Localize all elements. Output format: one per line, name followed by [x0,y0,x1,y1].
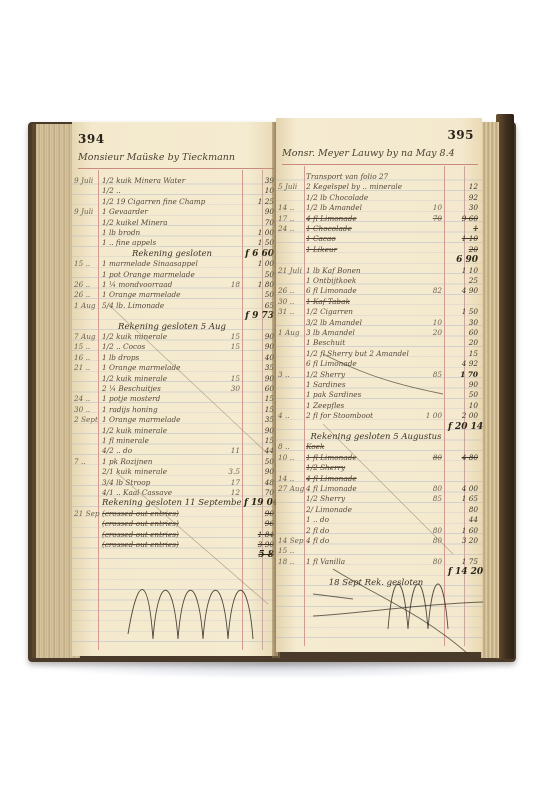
entry-amount: 1 84 [244,530,274,539]
entry-description: 1 Orange marmelade [102,415,242,424]
entry-amount: 80 [448,505,478,514]
ledger-row: 5 Juli2 Kegelspel by .. minerale12 [276,182,482,192]
entry-description: 1 Kaf Tabak [306,297,446,306]
entry-date: 24 .. [278,224,304,233]
entry-amount: 30 [448,318,478,327]
entry-description: Rekening gesloten 5 Augustus [306,432,446,442]
entry-description: 1 Ontbijtkoek [306,276,446,285]
ledger-row: 27 Aug4 fl Limonade804 00 [276,484,482,494]
ledger-row: 26 ..1 Orange marmelade50 [72,290,278,300]
entry-date: 4 .. [278,411,304,420]
entry-description: 1 pot Orange marmelade [102,270,242,279]
entry-date: 14 .. [278,474,304,483]
entry-amount: f 20 14 [448,422,478,432]
entry-amount: 1 [448,224,478,233]
entry-unit-price: 80 [422,484,442,493]
entry-description: 1 lb Kaf Bonen [306,266,446,275]
entry-amount: 4 80 [448,453,478,462]
total-row: 5 8 [72,550,278,560]
entry-description: 1/2 fl Sherry but 2 Amandel [306,349,446,358]
entry-unit-price: 15 [220,374,240,383]
ledger-row: 1/2 fl Sherry but 2 Amandel15 [276,349,482,359]
entry-date: 17 .. [278,214,304,223]
entry-description: (crossed-out entries) [102,540,242,549]
ledger-row: 4 ..2 fl for Stoomboot1 002 00 [276,411,482,421]
entry-description: 1 Zeepfles [306,401,446,410]
ledger-row: Transport van folio 27 [276,172,482,182]
settlement-line: Rekening gesloten 5 Augustus [276,432,482,442]
entry-description: Rekening gesloten [102,249,242,259]
settlement-line: Rekening gesloten 5 Aug [72,322,278,332]
entry-amount: 1 50 [448,307,478,316]
entry-amount: 3 90 [244,540,274,549]
entry-amount: 96 [244,519,274,528]
entry-description: 1/2 Cigarren [306,307,446,316]
entry-description: Transport van folio 27 [306,172,446,181]
entry-amount: 15 [244,405,274,414]
ledger-row: 14 ..4 fl Limonade [276,474,482,484]
ledger-row: 1 Beschuit20 [276,338,482,348]
entry-amount: 20 [448,245,478,254]
entry-amount: 35 [244,363,274,372]
entry-date: 30 .. [74,405,100,414]
entry-date: 27 Aug [278,484,304,493]
entry-amount: 4 00 [448,484,478,493]
ledger-row: 1/2 lb Chocolade92 [276,193,482,203]
ledger-row: 9 Juli1/2 kuik Minera Water39 [72,176,278,186]
entry-description: 1 lb brodn [102,228,242,237]
left-page: 394 Monsieur Maüske by Tieckmann 9 Juli1… [72,122,278,656]
page-stack-right [481,122,499,658]
entry-description: 1/2 .. [102,186,242,195]
entry-date: 1 Aug [74,301,100,310]
entry-unit-price: 85 [422,370,442,379]
entry-amount: f 9 73 [244,311,274,321]
entry-amount: 1 50 [244,238,274,247]
ledger-row: 31 ..1/2 Cigarren1 50 [276,307,482,317]
entry-description: 1 potje mosterd [102,394,242,403]
entry-amount: 1 25 [244,197,274,206]
ledger-row: 2/ Limonade80 [276,505,482,515]
ledger-row: 2 fl do801 60 [276,526,482,536]
entry-unit-price: 10 [422,203,442,212]
ledger-row: 21 Juli1 lb Kaf Bonen1 10 [276,266,482,276]
entry-date: 21 .. [74,363,100,372]
right-page: 395 Monsr. Meyer Lauwy by na May 8.4 Tra… [276,118,482,652]
entry-amount: 50 [244,290,274,299]
entry-description: (crossed-out entries) [102,519,242,528]
ledger-row: 1 .. do44 [276,515,482,525]
entry-description: 2/ Limonade [306,505,446,514]
entry-amount: 1 60 [448,526,478,535]
entry-amount: 1 10 [448,266,478,275]
entry-description: 1 Orange marmelade [102,290,242,299]
entry-description: 6 fl Limonade [306,359,446,368]
entry-date: 21 Sept [74,509,100,518]
ledger-row: 30 ..1 Kaf Tabak [276,297,482,307]
ledger-row: (crossed-out entries)1 84 [72,530,278,540]
ledger-row: 1/2 ..10 [72,186,278,196]
entry-amount: 1 10 [448,234,478,243]
ledger-row: 1 Aug3 lb Amandel2060 [276,328,482,338]
entry-date: 26 .. [278,286,304,295]
entry-unit-price: 10 [422,318,442,327]
entry-amount: 30 [448,203,478,212]
entry-amount: 4 90 [448,286,478,295]
settlement-line: Rekening geslotenf 6 60 [72,249,278,259]
entry-unit-price: 80 [422,557,442,566]
ledger-row: 15 .. [276,546,482,556]
entry-description: (crossed-out entries) [102,530,242,539]
ledger-row: (crossed-out entries)3 90 [72,540,278,550]
entry-description: 1/2 kuik minerale [102,426,242,435]
ledger-row: 1 Aug5/4 lb. Limonade65 [72,301,278,311]
entry-description: 1 pak Sardines [306,390,446,399]
ledger-row: 1 .. fine appels1 50 [72,238,278,248]
entry-amount: 3 20 [448,536,478,545]
total-row: f 20 14 [276,422,482,432]
entry-amount: 6 90 [448,255,478,265]
entry-amount: 2 00 [448,411,478,420]
entry-date: 5 Juli [278,182,304,191]
ledger-row: 2/1 kuik minerale3.590 [72,467,278,477]
ledger-row: 15 ..1 marmelade Sinaasappel1 00 [72,259,278,269]
ledger-row: 1/2 Sherry [276,463,482,473]
entry-date: 24 .. [74,394,100,403]
entry-unit-price: 15 [220,342,240,351]
entry-amount: 65 [244,301,274,310]
entry-description: 1/2 19 Cigarren fine Champ [102,197,242,206]
entry-amount: 90 [244,342,274,351]
entry-unit-price: 3.5 [220,467,240,476]
entry-date: 14 Sept [278,536,304,545]
entry-amount: 48 [244,478,274,487]
entry-amount: 70 [244,488,274,497]
entry-unit-price: 18 [220,280,240,289]
settlement-line: 18 Sept Rek. gesloten [276,578,482,588]
page-number: 394 [78,132,105,146]
entry-description: 1 Beschuit [306,338,446,347]
entry-description: 4 fl Limonade [306,474,446,483]
entry-description: 2 Kegelspel by .. minerale [306,182,446,191]
entry-description: 1 Sardines [306,380,446,389]
entry-unit-price: 17 [220,478,240,487]
entry-amount: 1 00 [244,259,274,268]
ledger-row: 3/2 lb Amandel1030 [276,318,482,328]
entry-date: 9 Juli [74,207,100,216]
entry-amount: 15 [448,349,478,358]
entry-amount: 90 [244,332,274,341]
entry-date: 2 Sept [74,415,100,424]
entry-description: Rekening gesloten 11 September [102,498,242,508]
entry-amount: f 19 04 [244,498,274,508]
entry-date: 7 .. [74,457,100,466]
ledger-row: 1/2 Sherry851 65 [276,494,482,504]
entry-description: 1/2 kuikel Minera [102,218,242,227]
entry-unit-price: 11 [220,446,240,455]
entry-amount: 50 [244,457,274,466]
ledger-row: 1/2 kuik minerale1590 [72,374,278,384]
ledger-row: 4/2 .. do1144 [72,446,278,456]
entry-date: 9 Juli [74,176,100,185]
ledger-row: 26 ..6 fl Limonade824 90 [276,286,482,296]
entry-amount: 20 [448,338,478,347]
entry-amount: 40 [244,353,274,362]
ledger-row: 24 ..1 Chocolade1 [276,224,482,234]
entry-date: 26 .. [74,280,100,289]
entry-amount: 15 [244,436,274,445]
entry-unit-price: 20 [422,328,442,337]
entry-amount: 35 [244,415,274,424]
ledger-row: 1 fl minerale15 [72,436,278,446]
entry-amount: 90 [244,207,274,216]
entry-description: 1/2 Sherry [306,463,446,472]
entry-amount: 1 65 [448,494,478,503]
ledger-row: 15 ..1/2 .. Cocos1590 [72,342,278,352]
entry-date: 31 .. [278,307,304,316]
ledger-row: 21 ..1 Orange marmelade35 [72,363,278,373]
ledger-row: 1 Zeepfles10 [276,401,482,411]
ledger-row: 1/2 kuikel Minera70 [72,218,278,228]
ledger-row: 14 Sept4 fl do803 20 [276,536,482,546]
entry-amount: 90 [244,467,274,476]
ledger-row: 7 ..1 pk Rozijnen50 [72,457,278,467]
entry-amount: 1 70 [448,370,478,379]
entry-unit-price: 1 00 [422,411,442,420]
entry-unit-price: 85 [422,494,442,503]
entry-description: 1/2 kuik Minera Water [102,176,242,185]
total-row: f 14 20 [276,567,482,577]
ledger-row: 24 ..1 potje mosterd15 [72,394,278,404]
entry-description: 1 marmelade Sinaasappel [102,259,242,268]
ledger-row: 3 ..1/2 Sherry851 70 [276,370,482,380]
entry-amount: 44 [244,446,274,455]
entry-description: 18 Sept Rek. gesloten [306,578,446,588]
entry-amount: 10 [448,401,478,410]
entry-amount: 44 [448,515,478,524]
ledger-row: 6 fl Limonade4 92 [276,359,482,369]
entry-date: 21 Juli [278,266,304,275]
entry-date: 18 .. [278,557,304,566]
entry-description: 1 .. do [306,515,446,524]
entry-description: 1 Orange marmelade [102,363,242,372]
total-row: 6 90 [276,255,482,265]
ledger-book: 394 Monsieur Maüske by Tieckmann 9 Juli1… [28,114,518,666]
ledger-row: 1 Sardines90 [276,380,482,390]
entry-unit-price: 15 [220,332,240,341]
entry-amount: 60 [244,384,274,393]
account-header: Monsr. Meyer Lauwy by na May 8.4 [282,148,478,165]
entry-description: Koek [306,442,446,451]
entry-description: 1/2 lb Chocolade [306,193,446,202]
entry-amount: 90 [244,509,274,518]
ledger-row: 1 Ontbijtkoek25 [276,276,482,286]
entry-amount: 5 8 [244,550,274,560]
entry-date: 15 .. [278,546,304,555]
entry-date: 15 .. [74,342,100,351]
entry-amount: f 6 60 [244,249,274,259]
entry-description: 1 .. fine appels [102,238,242,247]
ledger-row: 1 Likeur20 [276,245,482,255]
entry-amount: 39 [244,176,274,185]
entry-amount: 1 00 [244,228,274,237]
ledger-row: 30 ..1 radijs honing15 [72,405,278,415]
entry-date: 26 .. [74,290,100,299]
entry-date: 3 .. [278,370,304,379]
entry-amount: 90 [244,426,274,435]
entry-unit-price: 80 [422,526,442,535]
entry-description: 1 Cacao [306,234,446,243]
entry-unit-price: 82 [422,286,442,295]
entry-amount: 1 80 [244,280,274,289]
ledger-row: (crossed-out entries)96 [72,519,278,529]
ledger-row: 21 Sept(crossed-out entries)90 [72,509,278,519]
entry-date: 15 .. [74,259,100,268]
account-header: Monsieur Maüske by Tieckmann [78,152,274,169]
ledger-row: 7 Aug1/2 kuik minerale1590 [72,332,278,342]
ledger-row: 14 ..1/2 lb Amandel1030 [276,203,482,213]
ledger-row: 1/2 19 Cigarren fine Champ1 25 [72,197,278,207]
ledger-row: 16 ..1 lb drops40 [72,353,278,363]
entry-description: 1 lb drops [102,353,242,362]
entry-description: 1 radijs honing [102,405,242,414]
entry-amount: 92 [448,193,478,202]
ledger-row: 2 ¼ Beschuitjes3060 [72,384,278,394]
entry-description: 5/4 lb. Limonade [102,301,242,310]
entry-description: 1 Chocolade [306,224,446,233]
ledger-row: 9 Juli1 Gevaarder90 [72,207,278,217]
settlement-line: Rekening gesloten 11 Septemberf 19 04 [72,498,278,508]
entry-description: 1 Likeur [306,245,446,254]
entry-amount: 4 92 [448,359,478,368]
entry-date: 7 Aug [74,332,100,341]
entry-description: (crossed-out entries) [102,509,242,518]
entry-description: 1 Gevaarder [102,207,242,216]
entry-date: 1 Aug [278,328,304,337]
ledger-row: 1/2 kuik minerale90 [72,426,278,436]
entry-date: 16 .. [74,353,100,362]
ledger-row: 1 pak Sardines50 [276,390,482,400]
ledger-row: 1 Cacao1 10 [276,234,482,244]
entry-amount: 50 [448,390,478,399]
ledger-row: 4/1 .. Kaal Cassave1270 [72,488,278,498]
entry-amount: 10 [244,186,274,195]
entry-unit-price: 80 [422,453,442,462]
ledger-row: 17 ..4 fl Limonade709 60 [276,214,482,224]
total-row: f 9 73 [72,311,278,321]
entry-unit-price: 70 [422,214,442,223]
ledger-row: 26 ..1 ¼ mondvoorraad181 80 [72,280,278,290]
entry-description: 1 pk Rozijnen [102,457,242,466]
ledger-row: 18 ..1 fl Vanilla801 75 [276,557,482,567]
page-number: 395 [447,128,474,142]
entry-amount: 50 [244,270,274,279]
ledger-row: 3/4 lb Stroop1748 [72,478,278,488]
entry-amount: 9 60 [448,214,478,223]
entry-date: 8 .. [278,442,304,451]
entry-amount: f 14 20 [448,567,478,577]
ledger-row: 2 Sept1 Orange marmelade35 [72,415,278,425]
entry-description: 1 fl minerale [102,436,242,445]
entry-amount: 90 [244,374,274,383]
ledger-row: 8 ..Koek [276,442,482,452]
entry-amount: 25 [448,276,478,285]
entry-date: 30 .. [278,297,304,306]
ledger-row: 1 pot Orange marmelade50 [72,270,278,280]
entry-unit-price: 80 [422,536,442,545]
entry-amount: 70 [244,218,274,227]
ledger-row: 1 lb brodn1 00 [72,228,278,238]
ledger-row: 10 ..1 fl Limonade804 80 [276,453,482,463]
entry-date: 10 .. [278,453,304,462]
entry-date: 14 .. [278,203,304,212]
entry-amount: 90 [448,380,478,389]
entry-amount: 15 [244,394,274,403]
entry-amount: 1 75 [448,557,478,566]
entry-unit-price: 12 [220,488,240,497]
entry-unit-price: 30 [220,384,240,393]
entry-amount: 12 [448,182,478,191]
entry-amount: 60 [448,328,478,337]
entry-description: Rekening gesloten 5 Aug [102,322,242,332]
